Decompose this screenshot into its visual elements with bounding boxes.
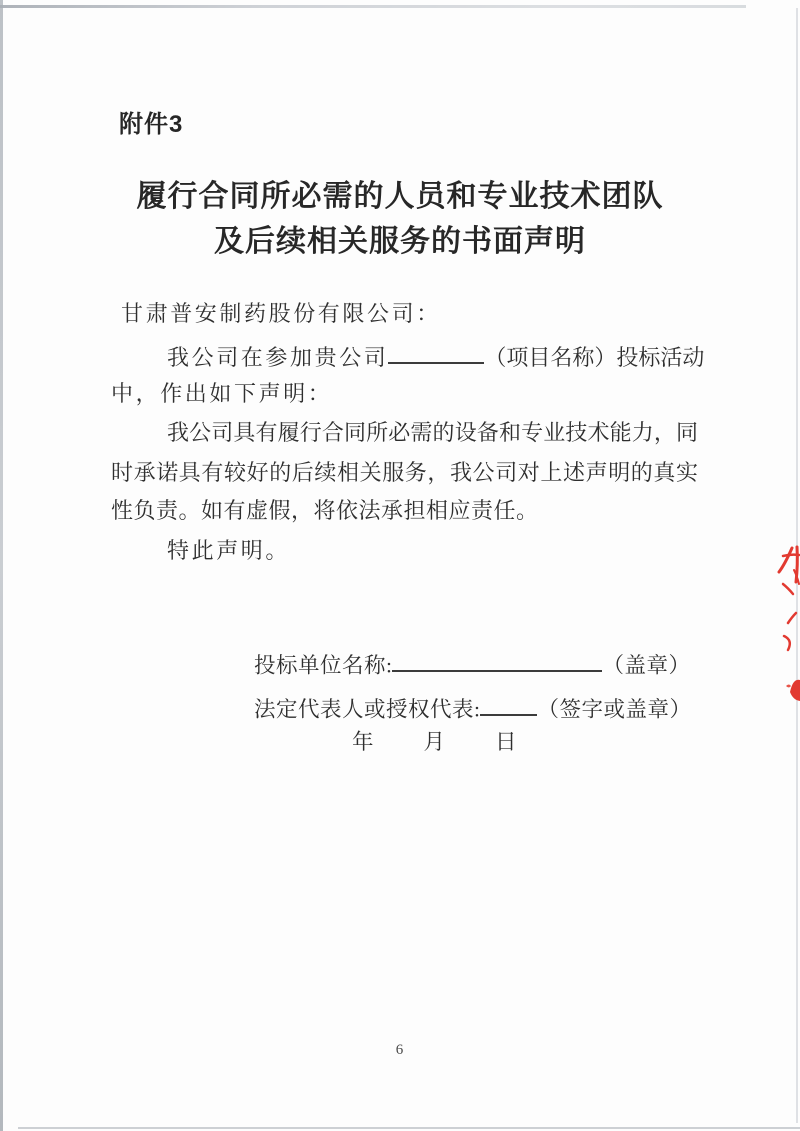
declaration-line-1: 我公司具有履行合同所必需的设备和专业技术能力，同	[167, 418, 698, 448]
title-line-1: 履行合同所必需的人员和专业技术团队	[0, 174, 800, 219]
org-seal-suffix: （盖章）	[602, 654, 690, 678]
ink-blob	[790, 680, 800, 701]
closing-line: 特此声明。	[167, 536, 290, 566]
project-name-blank	[388, 339, 484, 364]
salutation-line: 甘肃普安制药股份有限公司：	[121, 299, 441, 329]
signature-date-line: 年月日	[352, 728, 517, 756]
attachment-label: 附件3	[119, 104, 183, 139]
opening-pre-text: 我公司在参加贵公司	[167, 345, 388, 370]
org-label: 投标单位名称:	[254, 654, 392, 678]
red-stamp-fragment-icon	[770, 540, 800, 705]
opening-line-1: 我公司在参加贵公司（项目名称）投标活动	[167, 340, 704, 373]
rep-sign-suffix: （签字或盖章）	[537, 698, 691, 722]
title-line-2: 及后续相关服务的书面声明	[0, 219, 800, 264]
page-number: 6	[0, 1042, 800, 1059]
date-month-label: 月	[424, 730, 446, 754]
document-title: 履行合同所必需的人员和专业技术团队 及后续相关服务的书面声明	[0, 174, 800, 264]
scan-edge-left	[0, 0, 3, 1131]
declaration-line-3: 性负责。如有虚假，将依法承担相应责任。	[111, 496, 539, 526]
date-day-label: 日	[495, 730, 517, 754]
scanned-document-page: 附件3 履行合同所必需的人员和专业技术团队 及后续相关服务的书面声明 甘肃普安制…	[0, 0, 800, 1131]
date-year-label: 年	[352, 730, 374, 754]
opening-post-text: （项目名称）投标活动	[484, 345, 704, 370]
rep-name-blank	[480, 691, 537, 716]
signature-rep-line: 法定代表人或授权代表:（签字或盖章）	[254, 692, 692, 724]
opening-line-2: 中，作出如下声明：	[111, 379, 332, 409]
scan-edge-top	[0, 5, 746, 8]
signature-org-line: 投标单位名称:（盖章）	[254, 648, 691, 680]
declaration-line-2: 时承诺具有较好的后续相关服务，我公司对上述声明的真实	[111, 458, 698, 488]
org-name-blank	[392, 647, 602, 672]
rep-label: 法定代表人或授权代表:	[254, 698, 480, 722]
scan-edge-bottom	[18, 1127, 800, 1129]
